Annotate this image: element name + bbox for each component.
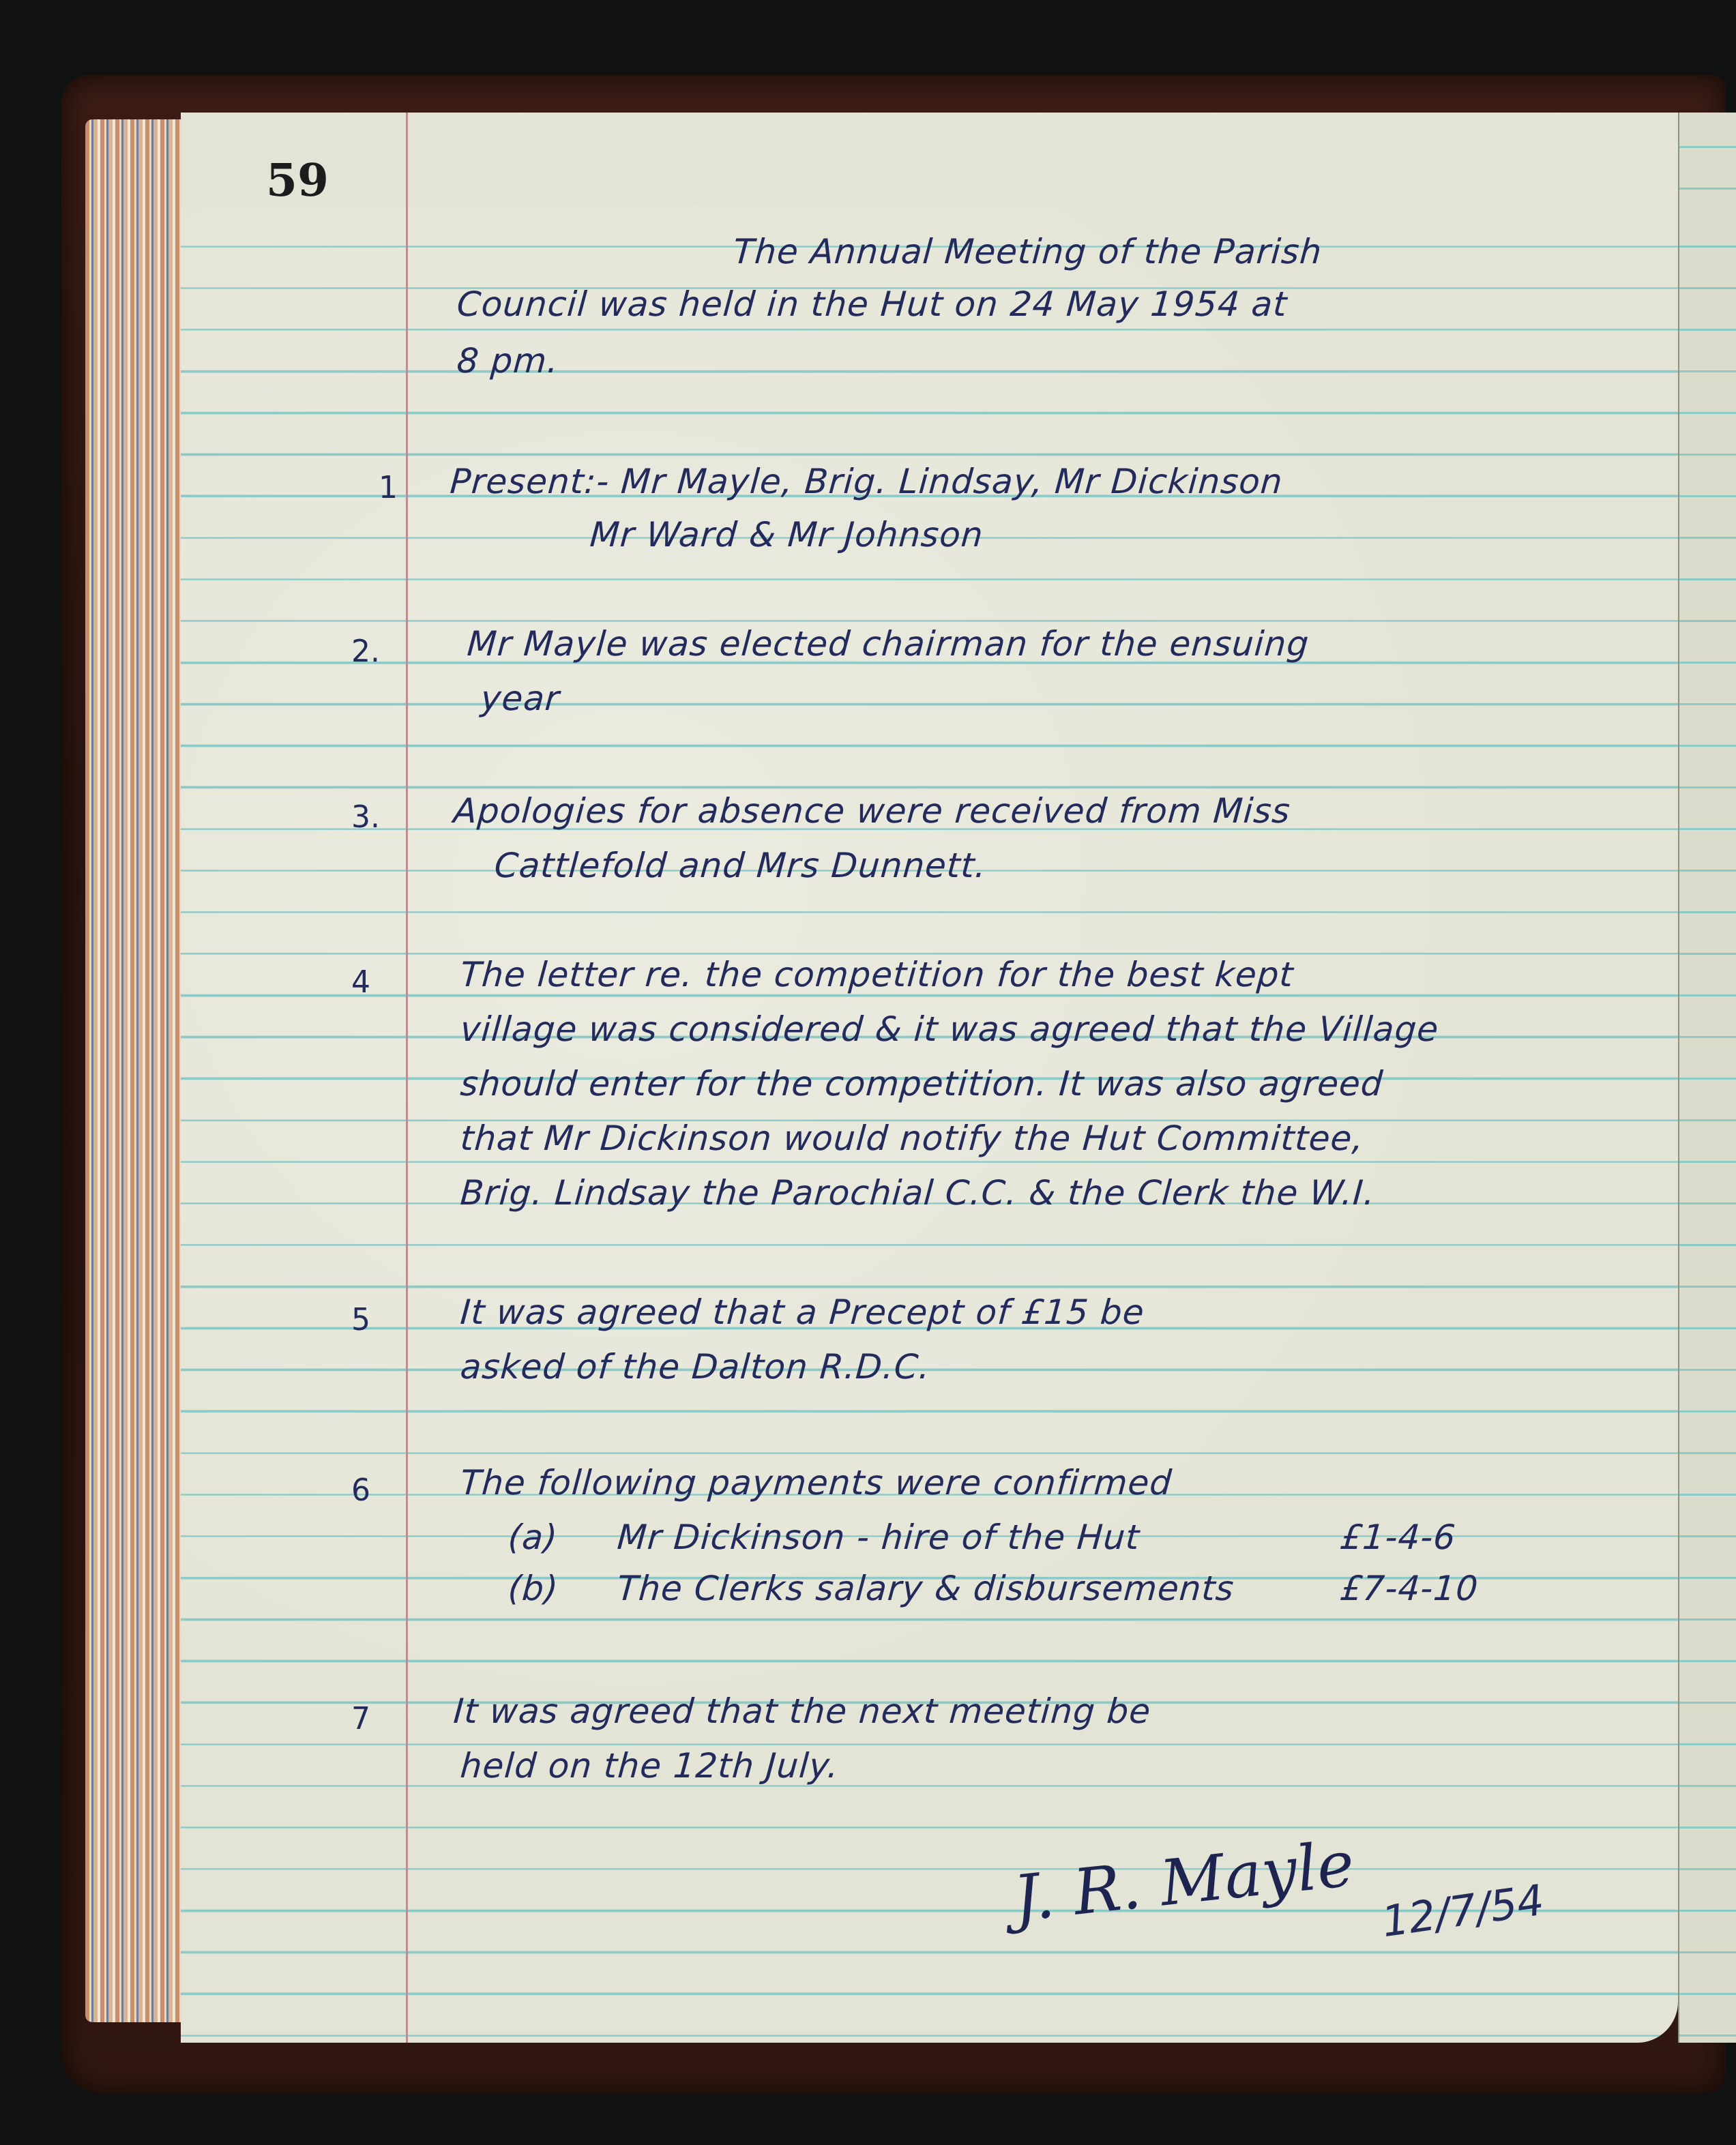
item-line: year xyxy=(480,679,561,718)
item-line: village was considered & it was agreed t… xyxy=(459,1009,1440,1049)
item-line: held on the 12th July. xyxy=(459,1746,840,1786)
item-line: asked of the Dalton R.D.C. xyxy=(459,1347,932,1387)
sub-item-amount: £1-4-6 xyxy=(1339,1518,1457,1557)
signature: J. R. Mayle xyxy=(1010,1827,1357,1936)
item-line: The following payments were confirmed xyxy=(459,1463,1173,1503)
item-number: 7 xyxy=(351,1702,370,1736)
item-number: 6 xyxy=(351,1473,370,1508)
item-line: Mr Ward & Mr Johnson xyxy=(589,515,985,554)
item-line: Apologies for absence were received from… xyxy=(452,791,1292,831)
facing-page-edge xyxy=(1678,113,1736,2043)
page-edges xyxy=(85,119,188,2022)
signature-date: 12/7/54 xyxy=(1379,1875,1547,1947)
notebook-page: 59 The Annual Meeting of the Parish Coun… xyxy=(181,113,1678,2043)
item-line: that Mr Dickinson would notify the Hut C… xyxy=(459,1119,1365,1158)
sub-item-text: The Clerks salary & disbursements xyxy=(616,1569,1235,1608)
sub-item-label: (b) xyxy=(507,1569,560,1608)
item-number: 4 xyxy=(351,965,370,1000)
sub-item-label: (a) xyxy=(507,1518,559,1557)
item-number: 1 xyxy=(379,471,398,505)
sub-item-text: Mr Dickinson - hire of the Hut xyxy=(616,1518,1141,1557)
item-line: The letter re. the competition for the b… xyxy=(459,955,1295,994)
item-line: It was agreed that the next meeting be xyxy=(452,1691,1152,1731)
item-number: 2. xyxy=(351,634,380,669)
item-line: Brig. Lindsay the Parochial C.C. & the C… xyxy=(459,1173,1377,1213)
item-number: 3. xyxy=(351,800,380,835)
page-number: 59 xyxy=(266,153,329,207)
item-line: should enter for the competition. It was… xyxy=(459,1064,1385,1104)
heading-line-3: 8 pm. xyxy=(456,341,560,381)
item-number: 5 xyxy=(351,1303,370,1337)
margin-line xyxy=(406,113,408,2043)
item-line: Present:- Mr Mayle, Brig. Lindsay, Mr Di… xyxy=(449,462,1284,501)
item-line: Mr Mayle was elected chairman for the en… xyxy=(466,624,1310,664)
item-line: It was agreed that a Precept of £15 be xyxy=(459,1292,1146,1332)
heading-line-2: Council was held in the Hut on 24 May 19… xyxy=(456,284,1289,324)
heading-line-1: The Annual Meeting of the Parish xyxy=(732,232,1323,271)
sub-item-amount: £7-4-10 xyxy=(1339,1569,1480,1608)
item-line: Cattlefold and Mrs Dunnett. xyxy=(493,846,988,885)
